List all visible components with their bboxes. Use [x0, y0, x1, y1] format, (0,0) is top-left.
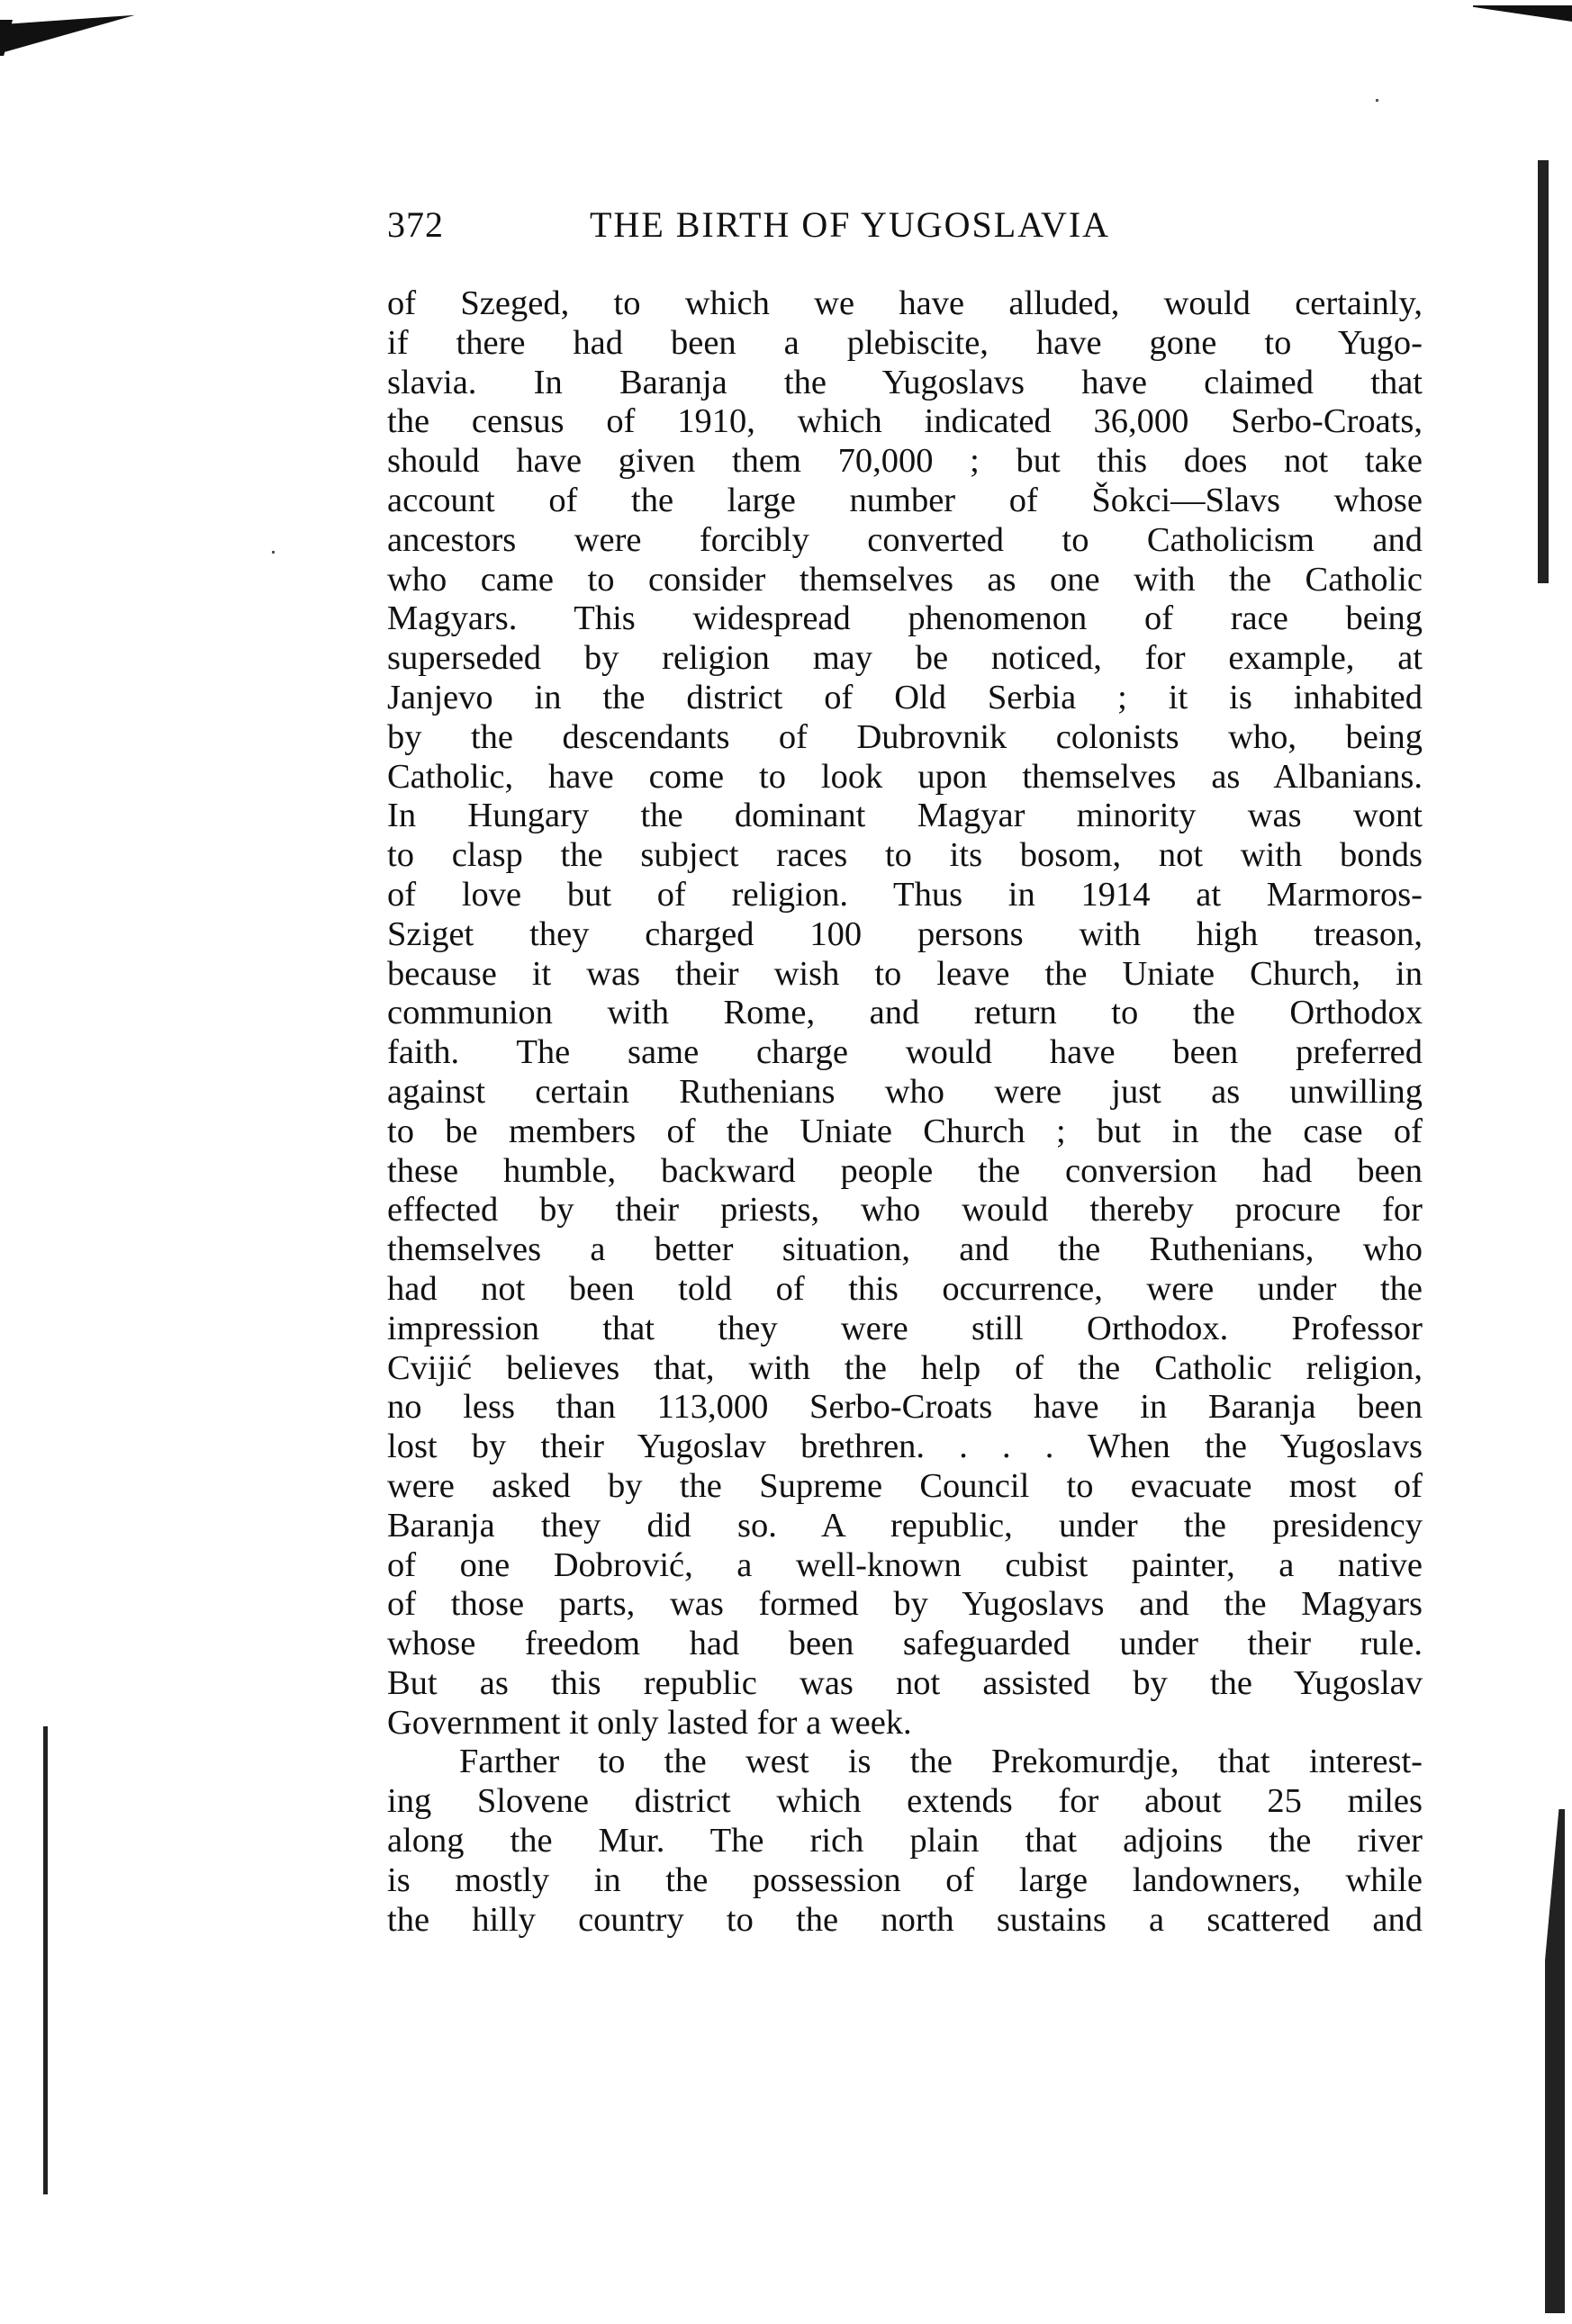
text-line: were asked by the Supreme Council to eva…: [387, 1467, 1423, 1507]
scan-edge-shadow-top-left-wedge: [0, 15, 135, 53]
text-line: by the descendants of Dubrovnik colonist…: [387, 718, 1423, 758]
text-line: communion with Rome, and return to the O…: [387, 994, 1423, 1033]
text-line: to clasp the subject races to its bosom,…: [387, 836, 1423, 876]
text-line: slavia. In Baranja the Yugoslavs have cl…: [387, 364, 1423, 403]
scan-edge-strip-left-lower: [43, 1726, 48, 2194]
text-line: these humble, backward people the conver…: [387, 1152, 1423, 1192]
scan-edge-strip-right-upper: [1538, 160, 1549, 583]
text-line: no less than 113,000 Serbo-Croats have i…: [387, 1388, 1423, 1428]
text-line: Farther to the west is the Prekomurdje, …: [387, 1743, 1423, 1782]
text-line: superseded by religion may be noticed, f…: [387, 639, 1423, 679]
text-line: In Hungary the dominant Magyar minority …: [387, 797, 1423, 836]
text-line: of Szeged, to which we have alluded, wou…: [387, 284, 1423, 324]
scan-edge-shadow-top-right: [1473, 5, 1572, 22]
scan-speck: [272, 551, 275, 554]
text-line: themselves a better situation, and the R…: [387, 1230, 1423, 1270]
body-text: of Szeged, to which we have alluded, wou…: [387, 284, 1423, 1940]
text-line: Catholic, have come to look upon themsel…: [387, 758, 1423, 797]
running-title: THE BIRTH OF YUGOSLAVIA: [590, 203, 1110, 246]
text-line: Sziget they charged 100 persons with hig…: [387, 915, 1423, 955]
running-header: 372 THE BIRTH OF YUGOSLAVIA: [387, 203, 1423, 248]
text-line: Government it only lasted for a week.: [387, 1704, 1423, 1743]
text-line: the census of 1910, which indicated 36,0…: [387, 402, 1423, 442]
text-line: ancestors were forcibly converted to Cat…: [387, 521, 1423, 561]
text-line: the hilly country to the north sustains …: [387, 1901, 1423, 1941]
text-line: is mostly in the possession of large lan…: [387, 1861, 1423, 1901]
scan-speck: [1376, 99, 1378, 102]
text-line: of those parts, was formed by Yugoslavs …: [387, 1585, 1423, 1625]
text-line: Baranja they did so. A republic, under t…: [387, 1507, 1423, 1546]
scan-edge-strip-right-lower: [1545, 1809, 1565, 2313]
text-line: whose freedom had been safeguarded under…: [387, 1625, 1423, 1664]
text-line: effected by their priests, who would the…: [387, 1191, 1423, 1230]
text-line: to be members of the Uniate Church ; but…: [387, 1112, 1423, 1152]
text-line: faith. The same charge would have been p…: [387, 1033, 1423, 1073]
text-line: of one Dobrović, a well-known cubist pai…: [387, 1546, 1423, 1586]
text-line: But as this republic was not assisted by…: [387, 1664, 1423, 1704]
text-line: because it was their wish to leave the U…: [387, 955, 1423, 995]
text-line: lost by their Yugoslav brethren. . . . W…: [387, 1428, 1423, 1467]
text-line: along the Mur. The rich plain that adjoi…: [387, 1822, 1423, 1861]
text-line: who came to consider themselves as one w…: [387, 561, 1423, 600]
text-line: ing Slovene district which extends for a…: [387, 1782, 1423, 1822]
text-line: account of the large number of Šokci—Sla…: [387, 482, 1423, 521]
text-line: should have given them 70,000 ; but this…: [387, 442, 1423, 482]
text-line: Magyars. This widespread phenomenon of r…: [387, 599, 1423, 639]
page-number: 372: [387, 203, 444, 246]
text-line: against certain Ruthenians who were just…: [387, 1073, 1423, 1112]
text-line: if there had been a plebiscite, have gon…: [387, 324, 1423, 364]
text-line: had not been told of this occurrence, we…: [387, 1270, 1423, 1310]
text-line: Janjevo in the district of Old Serbia ; …: [387, 679, 1423, 718]
text-line: impression that they were still Orthodox…: [387, 1310, 1423, 1349]
text-line: of love but of religion. Thus in 1914 at…: [387, 876, 1423, 915]
text-line: Cvijić believes that, with the help of t…: [387, 1349, 1423, 1389]
